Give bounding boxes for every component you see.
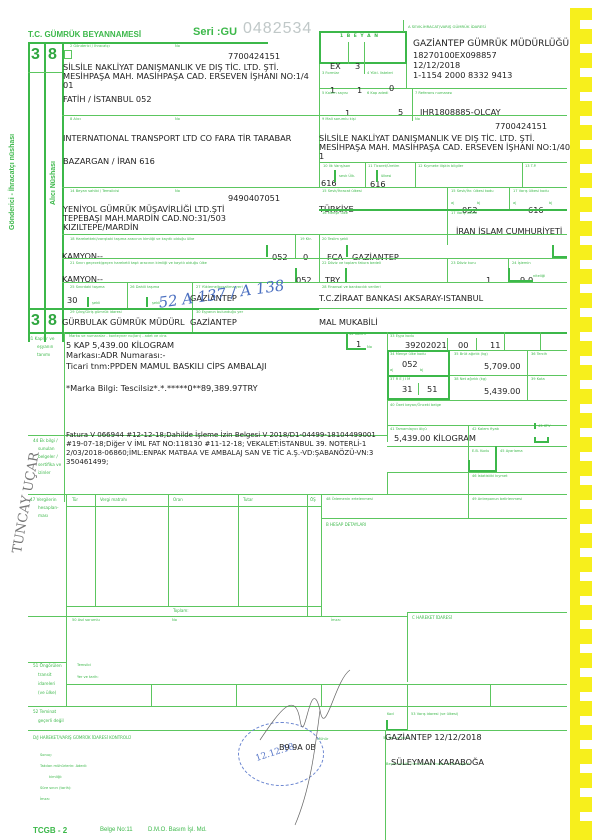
sender-address: MESİHPAŞA MAH. MASİHPAŞA CAD. ERSEVEN İŞ… <box>63 72 309 81</box>
box-15a-a: a| <box>451 202 454 206</box>
box-2-label: 2 Gönderici / İhracatçı <box>70 45 110 49</box>
box-50-place-date-label: Yer ve tarih: <box>77 676 99 680</box>
box-b-label: B HESAP DETAYLARI <box>326 523 366 527</box>
box-10-sublabel: sevk Ülk. <box>339 175 355 179</box>
document-number: Belge No:11 <box>100 827 133 833</box>
divider <box>407 612 408 682</box>
supplementary-unit: 5,439.00 KİLOGRAM <box>394 434 476 443</box>
box-eb-label: E.B. Kodu <box>472 450 489 454</box>
docs-line-1: Fatura V 066944 #12-12-18;Dahilde İşleme… <box>66 432 376 440</box>
divider <box>540 332 541 350</box>
signature-scribble <box>250 650 370 830</box>
border-transport-mode: 30 <box>67 296 77 305</box>
box-17a-b: b| <box>549 202 553 206</box>
divider <box>87 297 89 307</box>
exit-customs-office: GÜRBULAK GÜMRÜK MÜDÜRL <box>62 318 185 327</box>
divider <box>62 282 567 283</box>
divider <box>522 162 523 187</box>
box-43-label: 43 KTV <box>538 425 550 429</box>
box-49-label: 49 Antreponun belirlenmesi <box>472 498 522 502</box>
divider <box>319 308 567 309</box>
box-d-seals-label: Takılan mühürlerin: Adedi: <box>40 765 87 769</box>
divider <box>490 684 491 706</box>
side-label-sender: Gönderici - İhracatçı nüshası <box>9 134 16 230</box>
divider <box>66 494 67 616</box>
divider <box>64 332 65 502</box>
divider <box>346 332 366 350</box>
sender-address-cont: 01 <box>63 81 73 90</box>
divider <box>146 297 148 307</box>
sender-number: 7700424151 <box>228 52 280 61</box>
box-31-label-2: eşyanın <box>37 344 53 350</box>
box-14-label: 14 Beyan sahibi / Temsilcisi <box>70 190 119 194</box>
copy-number-1-lower: 3 <box>31 312 40 330</box>
box-a-label: A SEVK-İHRACAT/VARIŞ GÜMRÜK İDARESİ <box>408 25 486 29</box>
box-24-sublabel: niteliği <box>533 275 545 279</box>
divider <box>418 383 419 395</box>
divider <box>236 684 237 706</box>
divider <box>127 282 128 308</box>
box-6-label: 6 Kap adedi <box>367 92 388 96</box>
box-52-label-1: 52 Teminat <box>33 709 56 715</box>
declaration-subtype: 3 <box>355 62 360 71</box>
consignee-city: BAZARGAN / İRAN 616 <box>63 157 155 166</box>
box-38-label: 38 Net ağırlık (kg) <box>454 378 487 382</box>
divider <box>295 234 296 258</box>
box-26-label: 26 Dahili taşıma <box>130 286 159 290</box>
divider <box>407 706 408 731</box>
copy-number-1: 3 <box>31 46 40 64</box>
box-41-label: 41 Tamamlayıcı ölçü <box>390 428 427 432</box>
gross-weight: 5,709.00 <box>484 362 520 371</box>
divider <box>348 42 349 64</box>
divider <box>495 446 497 472</box>
box-15-label: 15 Sevk/İhracat ülkesi <box>322 190 362 194</box>
box-44-label-1: 44 Ek bilgi / <box>33 438 58 444</box>
divider <box>407 612 567 613</box>
box-3-label: 3 Formlar <box>322 72 339 76</box>
box-7-label: 7 Referans numarası <box>415 92 452 96</box>
office-code: 1-1154 2000 8332 9413 <box>413 71 512 80</box>
financial-responsible-number: 7700424151 <box>495 122 547 131</box>
declarant-city: KIZILTEPE/MARDİN <box>63 223 138 232</box>
serial-number: 0482534 <box>243 20 312 38</box>
goods-line-1: 5 KAP 5,439.00 KİLOGRAM <box>66 341 174 350</box>
box-2-no-label: No <box>175 45 180 49</box>
box-13-label: 13 T.P. <box>525 165 536 169</box>
box-30-label: 30 Eşyanın bulunduğu yer <box>196 311 243 315</box>
box-31-label-3: tanımı <box>37 352 50 358</box>
divider <box>334 170 336 182</box>
box-9-no-label: No <box>415 118 420 122</box>
box-4-label: 4 Yükl. listeleri <box>367 72 393 76</box>
divider <box>266 245 268 257</box>
divider <box>28 494 567 495</box>
divider <box>95 494 96 606</box>
tax-col-rate: Oran <box>173 498 183 502</box>
box-10-label: 10 İlk Varış/son <box>323 165 350 169</box>
box-37-label: 37 R E J İ M <box>390 378 410 382</box>
box-51-label-2: transit <box>38 672 52 678</box>
divider <box>385 730 386 840</box>
divider <box>66 606 321 607</box>
box-47-label-3: ması <box>38 513 48 519</box>
docs-line-4: 350461499; <box>66 459 108 467</box>
box-34-a: a| <box>390 369 393 373</box>
divider <box>66 506 321 507</box>
box-17a-a: a| <box>513 202 516 206</box>
registration-date: 12/12/2018 <box>413 61 460 70</box>
frame-left <box>28 42 30 342</box>
divider <box>403 20 404 32</box>
box-50-representative-label: Temsilci <box>77 664 91 668</box>
declarant-number: 9490407051 <box>228 194 280 203</box>
origin-country-code: 052 <box>402 360 418 369</box>
box-d-identity-label: kimliği: <box>49 776 62 780</box>
signatory-name: SÜLEYMAN KARABOĞA <box>391 758 484 767</box>
divider <box>62 234 567 235</box>
box-40-label: 40 Özet beyan/Önceki belge <box>390 404 441 408</box>
box-51-label-3: idareleri <box>38 681 55 687</box>
form-title: T.C. GÜMRÜK BEYANNAMESİ <box>28 30 141 39</box>
divider <box>321 518 567 519</box>
goods-location: GAZİANTEP <box>190 318 237 327</box>
frame-top-left <box>28 42 268 44</box>
divider <box>376 170 378 182</box>
box-51-label-4: (ve ülke) <box>38 690 56 696</box>
divider <box>62 115 567 116</box>
divider <box>66 616 67 706</box>
box-46-label: 46 İstatistiki kıymet <box>472 475 508 479</box>
box-8-label: 8 Alıcı <box>70 118 81 122</box>
box-28-label: 28 Finansal ve bankacılık verileri <box>322 286 381 290</box>
box-18-label: 18 Hareketteki/varıştaki taşıma aracının… <box>70 238 194 242</box>
divider <box>468 460 470 472</box>
divider <box>450 375 567 376</box>
divider <box>345 268 347 282</box>
box-34-b: b| <box>420 369 424 373</box>
consignee-name: INTERNATIONAL TRANSPORT LTD CO FARA TİR … <box>63 134 291 143</box>
border-vehicle-country: 052 <box>296 276 312 285</box>
divider <box>364 42 365 74</box>
divider <box>508 268 533 282</box>
box-d-time-limit-label: Süre sınırı (tarih): <box>40 787 71 791</box>
currency: TRY <box>325 276 340 285</box>
commodity-code: 39202021 <box>405 341 447 350</box>
goods-line-2: Markası:ADR Numarası:- <box>66 351 166 360</box>
box-33-label: 33 Eşya kodu <box>390 335 414 339</box>
divider <box>509 187 510 209</box>
box-d-label: D/J HAREKET/VARIŞ GÜMRÜK İDARESİ KONTROL… <box>33 736 131 740</box>
box-44-label-4: sertifika ve <box>38 462 61 468</box>
box-50-label: 50 Asıl sorumlu <box>72 619 100 623</box>
divider <box>468 494 469 518</box>
tax-total-label: Toplam: <box>173 609 189 613</box>
regime-2: 51 <box>427 385 437 394</box>
box-31-label-1: 31 Kaplar ve <box>28 336 54 342</box>
divider <box>387 472 567 473</box>
box-31-sublabel: Marka ve numaralar - konteyner no(ları) … <box>69 335 167 339</box>
box-45-label: 45 Ayarlama <box>500 450 523 454</box>
regime-1: 31 <box>402 385 412 394</box>
box-47-label-2: hesaplan- <box>38 505 59 511</box>
divider <box>476 338 477 350</box>
box-23-label: 23 Döviz kuru <box>451 262 476 266</box>
divider <box>62 187 567 188</box>
divider <box>406 64 407 88</box>
box-12-label: 12 Kıymete ilişkin bilgiler <box>418 165 463 169</box>
divider <box>534 437 549 443</box>
box-48-label: 48 Ödemenin ertelenmesi <box>326 498 373 502</box>
sender-city: FATİH / İSTANBUL 052 <box>63 95 152 104</box>
transport-vehicle: KAMYON-- <box>62 252 103 261</box>
box-52-label-2: geçerli değil <box>38 718 64 724</box>
divider <box>321 494 322 616</box>
box-22-label: 22 Döviz ve toplam fatura bedeli <box>322 262 381 266</box>
box-9-label: 9 Mali sorumlu kişi <box>322 118 356 122</box>
box-c-label: C HAREKET İDARESİ <box>412 616 452 620</box>
divider <box>534 423 536 429</box>
tax-col-base: Vergi matrahı <box>100 498 127 502</box>
tax-col-amount: Tutar <box>243 498 253 502</box>
divider <box>504 332 505 350</box>
box-50-signature-label: İmza: <box>331 619 341 623</box>
checkbox <box>64 50 72 59</box>
box-53-label: 53 Varış idaresi (ve ülkesi) <box>411 713 458 717</box>
box-16-label: 16 Menşe ülke <box>322 212 348 216</box>
divider <box>238 494 239 606</box>
tax-col-payment-method: ÖŞ <box>310 498 316 502</box>
divider <box>346 245 348 257</box>
docs-line-3: 2/03/2018-06860;İML:ENPAK MATBAA VE AMBA… <box>66 450 373 458</box>
divider <box>28 662 66 663</box>
copy-number-2-lower: 8 <box>48 312 57 330</box>
box-24-label: 24 İşlemin <box>512 262 531 266</box>
declaration-place-date: GAZİANTEP 12/12/2018 <box>385 733 482 742</box>
box-1-label: 1 B E Y A N <box>340 35 379 40</box>
load-lists-value: 0 <box>389 84 394 93</box>
box-34-label: 34 Menşe ülke kodu <box>390 353 426 357</box>
divider <box>28 72 62 73</box>
side-label-receiver: Alıcı Nüshası <box>50 161 57 205</box>
box-44-label-2: sunulan <box>38 446 55 452</box>
divider <box>387 446 567 447</box>
divider <box>447 187 448 245</box>
exchange-rate: 1 <box>486 276 491 285</box>
divider <box>62 258 567 259</box>
divider <box>365 162 366 187</box>
financial-responsible-address-cont: 1 <box>319 152 324 161</box>
declaration-type: EX <box>330 62 341 71</box>
box-42-label: 42 Kalem fiyatı <box>472 428 499 432</box>
box-25-label: 25 Sınırdaki taşıma <box>70 286 105 290</box>
divider <box>151 684 152 706</box>
customs-office: GAZİANTEP GÜMRÜK MÜDÜRLÜĞÜ <box>413 40 569 50</box>
frame-col-divider <box>44 42 46 342</box>
box-d-result-label: Sonuç: <box>40 754 52 758</box>
box-35-label: 35 Brüt ağırlık (kg) <box>454 353 488 357</box>
box-29-label: 29 Çıkış/Giriş gümrük idaresi <box>70 311 122 315</box>
divider <box>28 616 408 617</box>
box-5-label: 5 Kalem sayısı <box>322 92 348 96</box>
divider <box>307 494 308 616</box>
divider <box>447 258 448 282</box>
commodity-subcode-2: 11 <box>490 341 500 350</box>
box-15a-label: 15 Sevk/İhr. ülkesi kodu <box>451 190 494 194</box>
divider <box>319 162 567 163</box>
divider <box>415 162 416 187</box>
box-14-no-label: No <box>175 190 180 194</box>
divider <box>319 209 567 211</box>
divider <box>387 400 567 401</box>
divider <box>407 684 408 706</box>
divider <box>412 88 413 121</box>
goods-line-3: Ticari tnm:PPDEN MAMUL BASKILI CİPS AMBA… <box>66 362 267 371</box>
box-d-signature-label: İmza: <box>40 798 50 802</box>
printer-info: D.M.O. Basım İşl. Md. <box>148 827 207 833</box>
commodity-subcode-1: 00 <box>458 341 468 350</box>
tax-col-type: Tür <box>72 498 78 502</box>
copy-number-2: 8 <box>48 46 57 64</box>
box-20-label: 20 Teslim şekli <box>322 238 348 242</box>
bank-info: T.C.ZİRAAT BANKASI AKSARAY-ISTANBUL <box>319 294 483 303</box>
goods-line-4: *Marka Bilgi: Tescilsiz*.*.*****0**89,38… <box>66 384 258 393</box>
box-32-sublabel: No <box>367 346 372 350</box>
box-44-label-5: izinler <box>38 470 51 476</box>
box-25-sublabel: şekli <box>92 302 100 306</box>
divider <box>447 338 448 350</box>
box-51-label-1: 51 Öngörülen <box>33 663 62 669</box>
series-label: Seri :GU <box>193 26 237 38</box>
box-50-no-label: No <box>172 619 177 623</box>
financial-responsible-address: MESİHPAŞA MAH. MASİHPAŞA CAD. ERSEVEN İŞ… <box>319 143 570 152</box>
payment-method: MAL MUKABİLİ <box>319 318 378 327</box>
forms-value-2: 1 <box>357 86 362 95</box>
form-code: TCGB - 2 <box>33 826 67 835</box>
box-8-no-label: No <box>175 118 180 122</box>
box-36-label: 36 Tercih <box>531 353 547 357</box>
registration-number: 18270100EX098857 <box>413 51 497 60</box>
box-11-label: 11 Ticaret/Üretim <box>368 165 399 169</box>
box-17-label: 17 Varış ülkesi <box>451 212 477 216</box>
divider <box>168 494 169 606</box>
net-weight: 5,439.00 <box>484 387 520 396</box>
box-52-code-label: Kod <box>387 713 394 717</box>
box-17a-label: 17 Varış ülkesi kodu <box>513 190 549 194</box>
box-19-label: 19 Ktr. <box>300 238 312 242</box>
divider <box>387 472 388 494</box>
docs-line-2: #19-07-18;Diğer V İML FAT NO:118130 #11-… <box>66 441 366 449</box>
box-21-label: 21 Sınırı geçecek/geçen hareketli taşıt … <box>70 262 207 266</box>
box-39-label: 39 Kota <box>531 378 545 382</box>
